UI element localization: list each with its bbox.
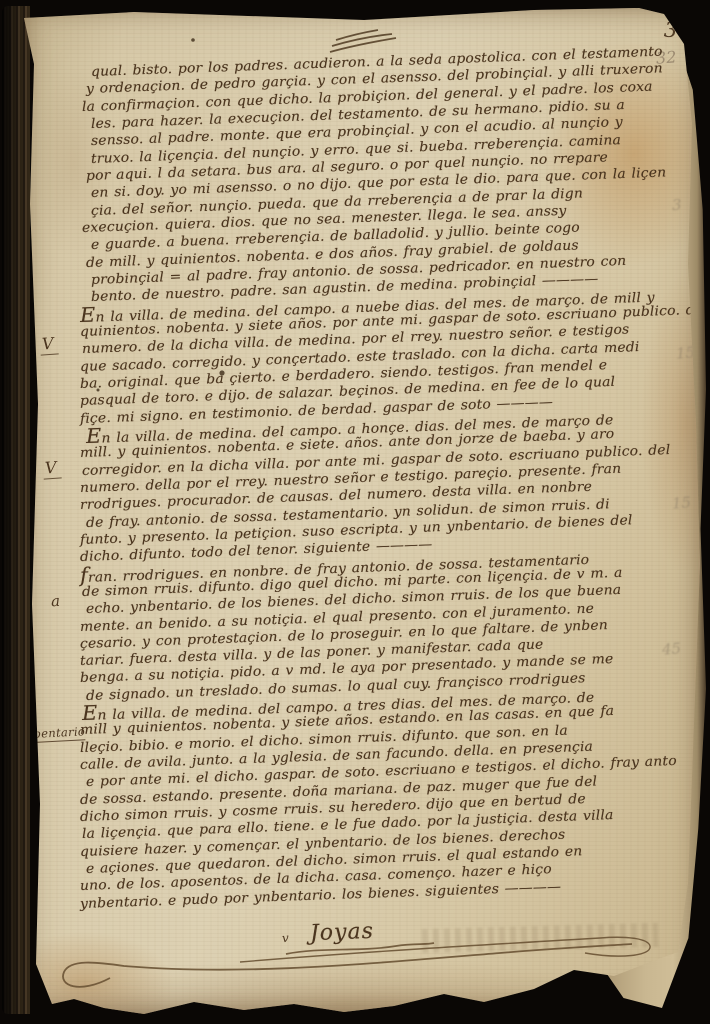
section-heading-joyas: Joyas <box>310 919 375 946</box>
manuscript-page: 3 32 qual. bisto. por los padres. acudie… <box>14 4 706 1018</box>
bleedthrough-mark: 15 <box>671 493 691 512</box>
manuscript-text-block: qual. bisto. por los padres. acudieron. … <box>80 64 700 913</box>
margin-paragraph-mark: V <box>42 457 61 479</box>
margin-paragraph-mark: v <box>279 931 293 947</box>
margin-paragraph-mark: V <box>39 333 58 355</box>
joyas-underline <box>286 943 434 954</box>
photo-background: 3 32 qual. bisto. por los padres. acudie… <box>0 0 710 1024</box>
margin-paragraph-mark: a <box>48 592 64 612</box>
bleedthrough-mark: 45 <box>661 639 681 658</box>
bleedthrough-mark: 3 <box>671 196 682 215</box>
folio-number-ink: 3 <box>663 18 678 43</box>
book-spine-edge <box>2 6 30 1014</box>
scribal-mark-icon <box>330 30 396 52</box>
bleedthrough-text <box>422 923 659 953</box>
